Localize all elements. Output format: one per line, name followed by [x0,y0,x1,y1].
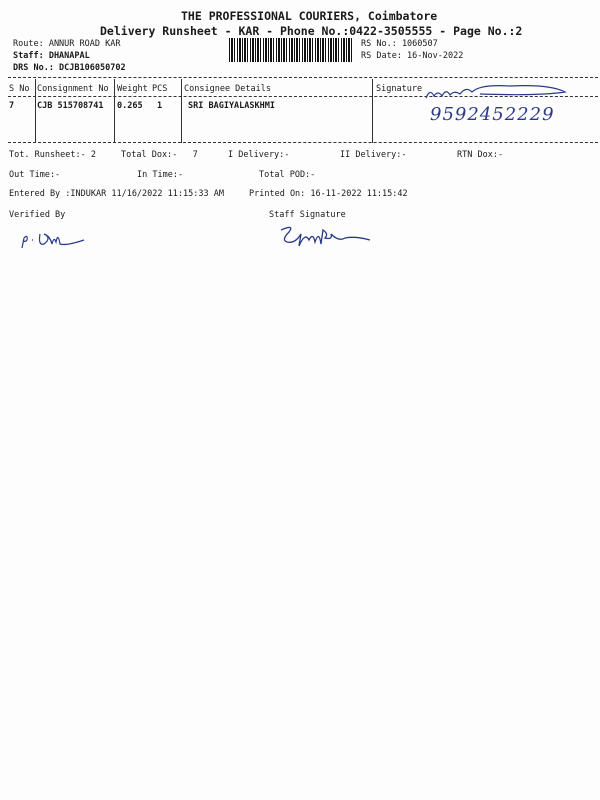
cell-pcs: 1 [157,101,162,111]
col-pcs: PCS [152,84,167,94]
barcode [229,38,353,62]
tot-runsheet: Tot. Runsheet:- 2 [9,150,96,160]
verified-by-label: Verified By [9,210,65,220]
column-separator [35,79,36,143]
col-consignee: Consignee Details [184,84,271,94]
cell-consignee: SRI BAGIYALASKHMI [188,101,275,111]
col-sno: S No [9,84,29,94]
staff: Staff: DHANAPAL [13,51,90,61]
staff-signature-label: Staff Signature [269,210,346,220]
column-separator [372,79,373,143]
recipient-signature [420,80,570,104]
drs-number: DRS No.: DCJB106050702 [13,63,126,73]
divider [8,77,598,78]
rtn-dox: RTN Dox:- [457,150,503,160]
in-time: In Time:- [137,170,183,180]
divider [268,142,598,143]
col-weight: Weight [117,84,148,94]
runsheet-subtitle: Delivery Runsheet - KAR - Phone No.:0422… [100,24,522,38]
cell-weight: 0.265 [117,101,143,111]
printed-on: Printed On: 16-11-2022 11:15:42 [249,189,408,199]
route: Route: ANNUR ROAD KAR [13,39,120,49]
rs-date: RS Date: 16-Nov-2022 [361,51,463,61]
rs-number: RS No.: 1060507 [361,39,438,49]
col-consignment: Consignment No [37,84,109,94]
column-separator [181,79,182,143]
column-separator [114,79,115,143]
out-time: Out Time:- [9,170,60,180]
total-pod: Total POD:- [259,170,315,180]
divider [8,142,266,143]
verifier-signature [18,226,88,252]
recipient-phone-handwritten: 9592452229 [430,104,555,125]
ii-delivery: II Delivery:- [340,150,407,160]
company-title: THE PROFESSIONAL COURIERS, Coimbatore [181,9,437,23]
cell-consignment: CJB 515708741 [37,101,104,111]
total-dox: Total Dox:- 7 [121,150,198,160]
i-delivery: I Delivery:- [228,150,289,160]
staff-signature [275,222,375,250]
col-signature: Signature [376,84,422,94]
entered-by: Entered By :INDUKAR 11/16/2022 11:15:33 … [9,189,224,199]
cell-sno: 7 [9,101,14,111]
